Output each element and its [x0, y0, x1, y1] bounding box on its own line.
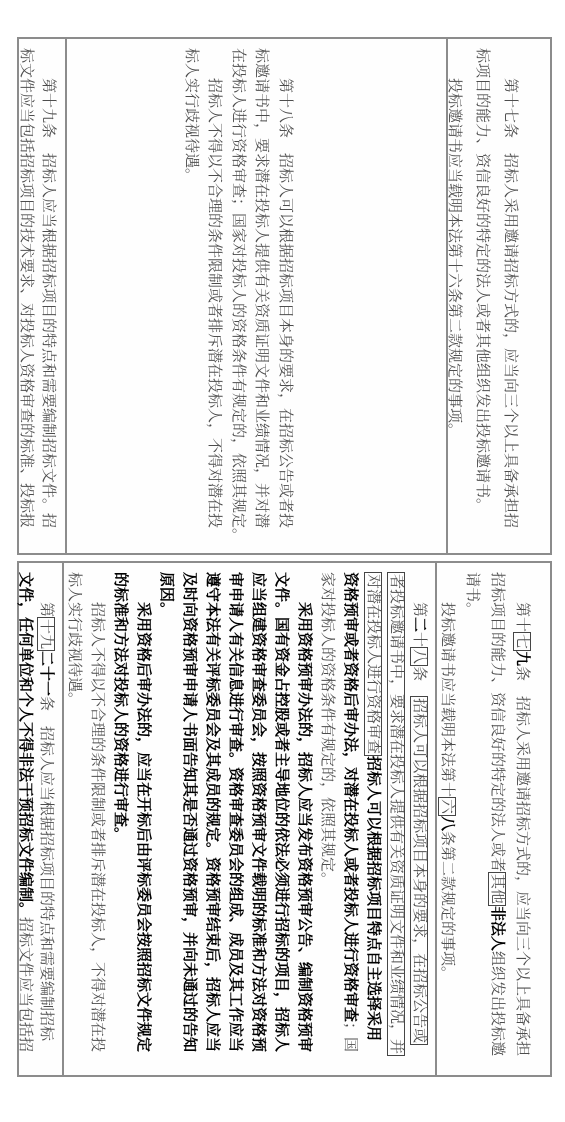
- inserted-text: 遵守本法有关评标委员会及其成员的规定。资格预审结束后，招标人应当: [204, 572, 220, 1052]
- text-line: 请书。: [459, 572, 484, 1068]
- article-19-amended-text: 第十七九条 招标人采用邀请招标方式的，应当向三个以上具备承担招标项目的能力、资信…: [434, 563, 550, 1075]
- deleted-text: 八: [410, 647, 428, 666]
- text-line: 标人实行歧视待遇。: [62, 572, 85, 1068]
- deleted-text: 招标人可以根据招标项目本身的要求，在招标公告或: [410, 696, 428, 1045]
- text-line: 对潜在投标人进行资格审查招标人可以根据招标项目特点自主选择采用: [361, 572, 384, 1068]
- inserted-text: 非法人: [489, 906, 505, 951]
- text-line: 的标准和方法对投标人的资格进行审查。: [108, 572, 131, 1068]
- text-run: 招标人不得以不合理的条件限制或者排斥潜在投标人，不得对潜在投: [89, 572, 105, 1052]
- text-run: 十: [411, 632, 427, 647]
- inserted-text: 应当组建资格审查委员会，按照资格预审文件载明的标准和方法对资格预: [250, 572, 266, 1052]
- text-run: 投标邀请书应当载明本法第十: [439, 572, 455, 797]
- text-run: 条: [411, 666, 427, 696]
- text-line: 招标人不得以不合理的条件限制或者排斥潜在投标人，不得对潜在投: [85, 572, 108, 1068]
- text-line: 审申请人有关信息进行审查。资格审查委员会的组成、成员及其工作应当: [223, 572, 246, 1068]
- row-article-21-amended: 第十九二十一条 招标人应当根据招标项目的特点和需要编制招标文件，任何单位和个人不…: [19, 563, 62, 1075]
- deleted-text: 六: [438, 797, 456, 816]
- text-line: 者投标邀请书中，要求潜在投标人提供有关资质证明文件和业绩情况，并: [384, 572, 407, 1068]
- text-line: 第十八条 招标人可以根据招标项目本身的要求，在招标公告或者投: [273, 48, 297, 546]
- row-article-17: 第十七条 招标人采用邀请招标方式的，应当向三个以上具备承担招标项目的能力、资信良…: [446, 39, 550, 553]
- text-line: 遵守本法有关评标委员会及其成员的规定。资格预审结束后，招标人应当: [200, 572, 223, 1068]
- inserted-text: 采用资格预审办法的，招标人应当发布资格预审公告、编制资格预审: [296, 572, 312, 1052]
- text-line: 第二十八条 招标人可以根据招标项目本身的要求，在招标公告或: [407, 572, 430, 1068]
- text-line: 第十七九条 招标人采用邀请招标方式的，应当向三个以上具备承担: [509, 572, 534, 1068]
- text-run: 标文件应当包括招标项目的技术要求、对投标人资格审查的标准、投标报: [18, 48, 34, 528]
- inserted-text: 资格预审或者资格后审办法，对潜在投标人或者投标人进行资格审查: [342, 572, 358, 1022]
- text-run: 投标邀请书应当载明本法第十六条第二款规定的事项。: [446, 48, 462, 438]
- deleted-text: 其他: [488, 872, 506, 906]
- text-line: 应当组建资格审查委员会，按照资格预审文件载明的标准和方法对资格预: [246, 572, 269, 1068]
- text-run: 第十七条 招标人采用邀请招标方式的，应当向三个以上具备承担招: [502, 48, 518, 528]
- article-18-text: 第十八条 招标人可以根据招标项目本身的要求，在招标公告或者投标邀请书中，要求潜在…: [179, 39, 447, 553]
- inserted-text: 招标人可以根据招标项目特点自主选择采用: [365, 756, 381, 1041]
- text-run: 标项目的能力、资信良好的特定的法人或者其他组织发出投标邀请书。: [474, 48, 490, 513]
- text-line: 在投标人进行资格审查；国家对投标人的资格条件有规定的，依照其规定。: [226, 48, 250, 546]
- text-line: 第十七条 招标人采用邀请招标方式的，应当向三个以上具备承担招: [496, 48, 524, 546]
- article-19-text: 第十九条 招标人应当根据招标项目的特点和需要编制招标文件。招标文件应当包括招标项…: [15, 39, 65, 553]
- inserted-text: 原因。: [158, 572, 174, 617]
- text-run: 家对投标人的资格条件有规定的，依照其规定。: [319, 572, 335, 887]
- rotated-landscape-page: 第十七条 招标人采用邀请招标方式的，应当向三个以上具备承担招标项目的能力、资信良…: [0, 0, 565, 1122]
- text-run: 招标项目的能力、资信良好的特定的法人或者: [489, 572, 505, 872]
- inserted-text: 审申请人有关信息进行审查。资格审查委员会的组成、成员及其工作应当: [227, 572, 243, 1052]
- article-17-text: 第十七条 招标人采用邀请招标方式的，应当向三个以上具备承担招标项目的能力、资信良…: [440, 39, 550, 553]
- text-line: 标文件应当包括招标项目的技术要求、对投标人资格审查的标准、投标报: [15, 48, 37, 546]
- table-current-law: 第十七条 招标人采用邀请招标方式的，应当向三个以上具备承担招标项目的能力、资信良…: [17, 37, 552, 555]
- text-line: 第十九二十一条 招标人应当根据招标项目的特点和需要编制招标: [35, 572, 56, 1068]
- text-run: 请书。: [464, 572, 480, 617]
- text-run: 第: [411, 572, 427, 617]
- text-line: 及时向资格预审申请人书面告知其是否通过资格预审，并向未通过的告知: [177, 572, 200, 1068]
- text-line: 文件。国有资金占控股或者主导地位的依法必须进行招标的项目，招标人: [269, 572, 292, 1068]
- deleted-text: 十九: [37, 617, 55, 651]
- row-article-20-amended: 第二十八条 招标人可以根据招标项目本身的要求，在招标公告或者投标邀请书中，要求潜…: [62, 563, 435, 1075]
- text-line: 标人实行歧视待遇。: [179, 48, 203, 546]
- row-article-18: 第十八条 招标人可以根据招标项目本身的要求，在招标公告或者投标邀请书中，要求潜在…: [65, 39, 446, 553]
- text-run: 在投标人进行资格审查；国家对投标人的资格条件有规定的，依照其规定。: [230, 48, 246, 543]
- text-run: 标邀请书中，要求潜在投标人提供有关资质证明文件和业绩情况，并对潜: [254, 48, 270, 528]
- text-line: 第十九条 招标人应当根据招标项目的特点和需要编制招标文件。招: [37, 48, 59, 546]
- text-run: ；国: [342, 1022, 358, 1052]
- text-run: 第十: [514, 572, 530, 632]
- inserted-text: 八: [439, 816, 455, 831]
- text-line: 资格预审或者资格后审办法，对潜在投标人或者投标人进行资格审查；国: [338, 572, 361, 1068]
- text-line: 投标邀请书应当载明本法第十六八条第二款规定的事项。: [434, 572, 459, 1068]
- text-run: 招标文件应当包括招: [17, 917, 33, 1052]
- text-run: 第: [38, 572, 54, 617]
- inserted-text: 及时向资格预审申请人书面告知其是否通过资格预审，并向未通过的告知: [181, 572, 197, 1052]
- inserted-text: 二十一: [38, 651, 54, 696]
- text-line: 招标项目的能力、资信良好的特定的法人或者其他非法人组织发出投标邀: [484, 572, 509, 1068]
- text-line: 标项目的能力、资信良好的特定的法人或者其他组织发出投标邀请书。: [468, 48, 496, 546]
- deleted-text: 七: [513, 632, 531, 651]
- text-run: 组织发出投标邀: [489, 951, 505, 1056]
- deleted-text: 者投标邀请书中，要求潜在投标人提供有关资质证明文件和业绩情况，并: [387, 572, 405, 1056]
- inserted-text: 采用资格后审办法的，应当在开标后由评标委员会按照招标文件规定: [135, 572, 151, 1052]
- inserted-text: 二: [411, 617, 427, 632]
- row-article-19-amended: 第十七九条 招标人采用邀请招标方式的，应当向三个以上具备承担招标项目的能力、资信…: [435, 563, 550, 1075]
- text-line: 家对投标人的资格条件有规定的，依照其规定。: [315, 572, 338, 1068]
- text-line: 采用资格预审办法的，招标人应当发布资格预审公告、编制资格预审: [292, 572, 315, 1068]
- document-scan: 第十七条 招标人采用邀请招标方式的，应当向三个以上具备承担招标项目的能力、资信良…: [0, 0, 565, 1122]
- text-line: 采用资格后审办法的，应当在开标后由评标委员会按照招标文件规定: [131, 572, 154, 1068]
- table-draft-amendment: 第十七九条 招标人采用邀请招标方式的，应当向三个以上具备承担招标项目的能力、资信…: [17, 561, 552, 1077]
- text-run: 招标人不得以不合理的条件限制或者排斥潜在投标人，不得对潜在投: [207, 48, 223, 528]
- text-run: 条 招标人采用邀请招标方式的，应当向三个以上具备承担: [514, 666, 530, 1056]
- text-run: 条 招标人应当根据招标项目的特点和需要编制招标: [38, 696, 54, 1041]
- text-run: 第十八条 招标人可以根据招标项目本身的要求，在招标公告或者投: [277, 48, 293, 528]
- text-run: 标人实行歧视待遇。: [183, 48, 199, 183]
- inserted-text: 九: [514, 651, 530, 666]
- inserted-text: 文件，任何单位和个人不得非法干预招标文件编制。: [17, 572, 33, 917]
- text-line: 招标人不得以不合理的条件限制或者排斥潜在投标人，不得对潜在投: [202, 48, 226, 546]
- article-21-amended-text: 第十九二十一条 招标人应当根据招标项目的特点和需要编制招标文件，任何单位和个人不…: [14, 563, 62, 1075]
- text-line: 标邀请书中，要求潜在投标人提供有关资质证明文件和业绩情况，并对潜: [249, 48, 273, 546]
- inserted-text: 的标准和方法对投标人的资格进行审查。: [112, 572, 128, 842]
- inserted-text: 文件。国有资金占控股或者主导地位的依法必须进行招标的项目，招标人: [273, 572, 289, 1052]
- deleted-text: 对潜在投标人进行资格审查: [364, 572, 382, 756]
- text-run: 条第二款规定的事项。: [439, 831, 455, 981]
- text-line: 原因。: [154, 572, 177, 1068]
- text-run: 第十九条 招标人应当根据招标项目的特点和需要编制招标文件。招: [40, 48, 56, 528]
- article-20-amended-text: 第二十八条 招标人可以根据招标项目本身的要求，在招标公告或者投标邀请书中，要求潜…: [62, 563, 435, 1075]
- row-article-19: 第十九条 招标人应当根据招标项目的特点和需要编制招标文件。招标文件应当包括招标项…: [19, 39, 65, 553]
- text-line: 文件，任何单位和个人不得非法干预招标文件编制。招标文件应当包括招: [14, 572, 35, 1068]
- text-run: 标人实行歧视待遇。: [66, 572, 82, 707]
